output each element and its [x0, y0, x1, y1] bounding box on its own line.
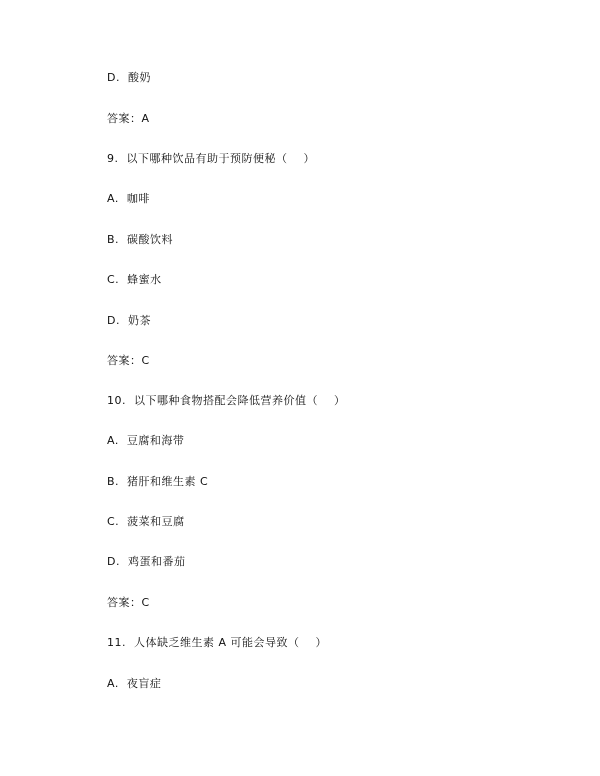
option-c-q10: C. 菠菜和豆腐	[107, 515, 185, 529]
answer-q10: 答案：C	[107, 596, 150, 610]
option-d-q9: D. 奶茶	[107, 314, 151, 328]
option-b-q9: B. 碳酸饮料	[107, 233, 173, 247]
option-c-q9: C. 蜂蜜水	[107, 273, 162, 287]
answer-q9: 答案：C	[107, 354, 150, 368]
document-page: D. 酸奶 答案：A 9. 以下哪种饮品有助于预防便秘（ ） A. 咖啡 B. …	[0, 0, 600, 776]
option-a-q9: A. 咖啡	[107, 192, 150, 206]
option-b-q10: B. 猪肝和维生素 C	[107, 475, 208, 489]
question-9: 9. 以下哪种饮品有助于预防便秘（ ）	[107, 152, 315, 166]
option-a-q10: A. 豆腐和海带	[107, 434, 184, 448]
answer-q8: 答案：A	[107, 112, 150, 126]
question-11: 11. 人体缺乏维生素 A 可能会导致（ ）	[107, 636, 327, 650]
option-d-q8: D. 酸奶	[107, 71, 151, 85]
option-a-q11: A. 夜盲症	[107, 677, 161, 691]
option-d-q10: D. 鸡蛋和番茄	[107, 555, 185, 569]
question-10: 10. 以下哪种食物搭配会降低营养价值（ ）	[107, 394, 345, 408]
